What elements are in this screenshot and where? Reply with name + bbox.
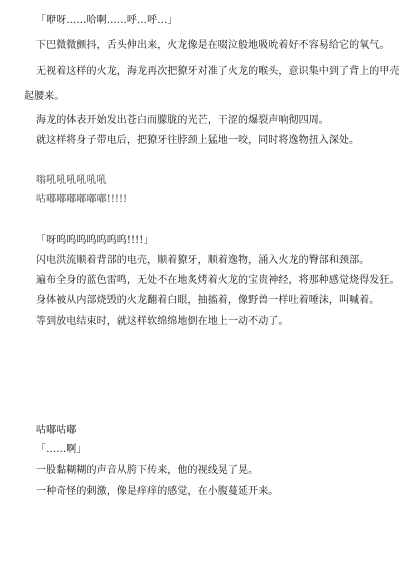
text-line: 咕嘟嘟嘟嘟嘟嘟!!!!! xyxy=(36,194,127,206)
text-line: 起腰来。 xyxy=(24,91,64,103)
text-line: 一种奇怪的刺激，像是痒痒的感觉，在小腹蔓延开来。 xyxy=(36,486,278,498)
text-line: 闪电洪流顺着背部的电壳，顺着獠牙，顺着逸物，涌入火龙的臀部和颈部。 xyxy=(36,255,369,267)
text-line: 无视着这样的火龙，海龙再次把獠牙对准了火龙的喉头，意识集中到了背上的甲壳上，慢慢… xyxy=(36,66,400,78)
text-line: 身体被从内部烧毁的火龙翻着白眼，抽搐着，像野兽一样吐着唾沫，叫喊着。 xyxy=(36,295,379,307)
text-line: 遍布全身的蓝色雷鸣，无处不在地炙烤着火龙的宝贵神经，将那种感觉烧得发狂。 xyxy=(36,275,400,287)
text-line: 就这样将身子带电后，把獠牙往脖颈上猛地一咬，同时将逸物扭入深处。 xyxy=(36,135,359,147)
text-line: 「……啊」 xyxy=(36,444,87,456)
text-line: 咕嘟咕嘟 xyxy=(36,425,76,437)
text-line: 「咿呀……哈啊……呼…呼…」 xyxy=(36,15,177,27)
text-line: 「呀呜呜呜呜呜呜呜!!!!」 xyxy=(36,235,153,247)
text-line: 下巴微微颤抖，舌头伸出来，火龙像是在啜泣般地吸吮着好不容易给它的氧气。 xyxy=(36,40,390,52)
text-line: 一股黏糊糊的声音从胯下传来，他的视线晃了晃。 xyxy=(36,465,258,477)
text-line: 等到放电结束时，就这样软绵绵地倒在地上一动不动了。 xyxy=(36,316,289,328)
text-line: 嗡吼吼吼吼吼吼 xyxy=(36,175,107,187)
text-line: 海龙的体表开始发出苍白而朦胧的光芒，干涩的爆裂声响彻四周。 xyxy=(36,115,329,127)
